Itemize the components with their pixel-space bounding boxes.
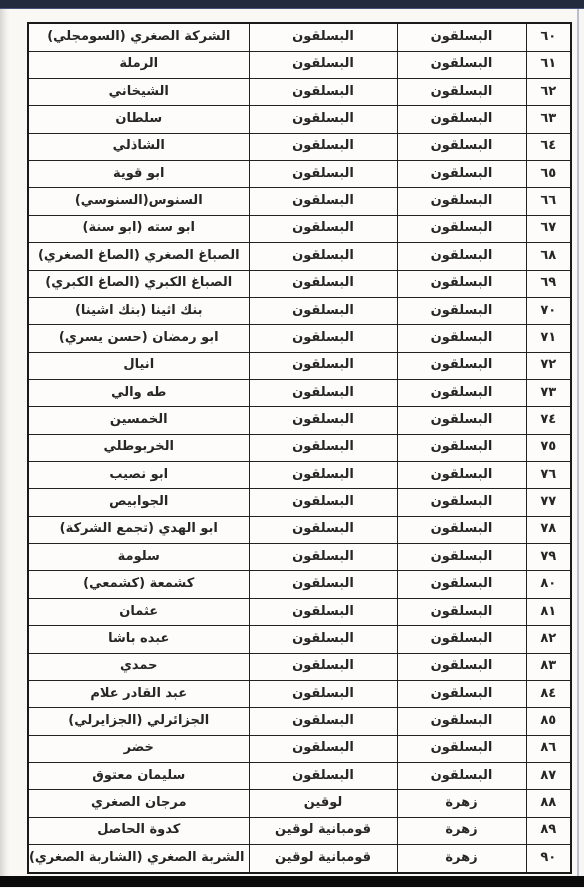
c2-district-cell: البسلقون	[397, 626, 526, 653]
table-row: ٦٨البسلقونالبسلقونالصباغ الصغري (الصاغ ا…	[28, 243, 571, 270]
name-cell: مرجان الصغري	[28, 790, 249, 817]
name-cell: بنك اثينا (بنك اشينا)	[28, 297, 249, 324]
table-row: ٦٣البسلقونالبسلقونسلطان	[28, 106, 571, 133]
c2-district-cell: البسلقون	[397, 762, 526, 789]
c3-district-cell: البسلقون	[249, 51, 397, 78]
c2-district-cell: البسلقون	[397, 489, 526, 516]
c3-district-cell: البسلقون	[249, 325, 397, 352]
c2-district-cell: البسلقون	[397, 653, 526, 680]
name-cell: طه والي	[28, 379, 249, 406]
row-number-cell: ٨٦	[526, 735, 571, 762]
name-cell: عبده باشا	[28, 626, 249, 653]
c2-district-cell: البسلقون	[397, 598, 526, 625]
name-cell: الرملة	[28, 51, 249, 78]
c2-district-cell: البسلقون	[397, 161, 526, 188]
page-edge-shadow-left	[0, 9, 9, 876]
c3-district-cell: البسلقون	[249, 106, 397, 133]
name-cell: كشمعة (كشمعي)	[28, 571, 249, 598]
name-cell: الصباغ الصغري (الصاغ الصغري)	[28, 243, 249, 270]
c3-district-cell: البسلقون	[249, 243, 397, 270]
table-row: ٧٣البسلقونالبسلقونطه والي	[28, 379, 571, 406]
scanned-document-page: ٦٠البسلقونالبسلقونالشركة الصغري (السومجل…	[0, 0, 584, 888]
name-cell: الجوابيص	[28, 489, 249, 516]
table-row: ٨٦البسلقونالبسلقونخضر	[28, 735, 571, 762]
table-row: ٧٢البسلقونالبسلقونانيال	[28, 352, 571, 379]
table-row: ٦٤البسلقونالبسلقونالشاذلي	[28, 133, 571, 160]
c3-district-cell: البسلقون	[249, 680, 397, 707]
table-row: ٧٥البسلقونالبسلقونالخربوطلي	[28, 434, 571, 461]
c2-district-cell: البسلقون	[397, 51, 526, 78]
c3-district-cell: البسلقون	[249, 215, 397, 242]
c3-district-cell: البسلقون	[249, 352, 397, 379]
c2-district-cell: البسلقون	[397, 434, 526, 461]
name-cell: الشركة الصغري (السومجلي)	[28, 23, 249, 51]
table-row: ٨٤البسلقونالبسلقونعبد القادر علام	[28, 680, 571, 707]
row-number-cell: ٨٩	[526, 817, 571, 844]
table-row: ٨٨زهرةلوقينمرجان الصغري	[28, 790, 571, 817]
c2-district-cell: البسلقون	[397, 270, 526, 297]
name-cell: الشيخاني	[28, 78, 249, 105]
c2-district-cell: البسلقون	[397, 243, 526, 270]
row-number-cell: ٨٠	[526, 571, 571, 598]
table-row: ٧٩البسلقونالبسلقونسلومة	[28, 544, 571, 571]
c3-district-cell: البسلقون	[249, 270, 397, 297]
bottom-window-bar	[0, 876, 584, 887]
c2-district-cell: البسلقون	[397, 133, 526, 160]
row-number-cell: ٦١	[526, 51, 571, 78]
name-cell: الصباغ الكبري (الصاغ الكبري)	[28, 270, 249, 297]
c2-district-cell: البسلقون	[397, 78, 526, 105]
c3-district-cell: البسلقون	[249, 598, 397, 625]
table-row: ٩٠زهرةقومبانية لوقينالشربة الصغري (الشار…	[28, 845, 571, 873]
row-number-cell: ٧٤	[526, 407, 571, 434]
row-number-cell: ٧٨	[526, 516, 571, 543]
name-cell: الشربة الصغري (الشاربة الصغري)	[28, 845, 249, 873]
table-body: ٦٠البسلقونالبسلقونالشركة الصغري (السومجل…	[28, 23, 571, 873]
name-cell: سلومة	[28, 544, 249, 571]
name-cell: الجزائرلي (الجزايرلي)	[28, 708, 249, 735]
table-row: ٦٠البسلقونالبسلقونالشركة الصغري (السومجل…	[28, 23, 571, 51]
c3-district-cell: البسلقون	[249, 379, 397, 406]
name-cell: عثمان	[28, 598, 249, 625]
name-cell: كدوة الحاصل	[28, 817, 249, 844]
table-row: ٦٦البسلقونالبسلقونالسنوس(السنوسي)	[28, 188, 571, 215]
row-number-cell: ٦٢	[526, 78, 571, 105]
row-number-cell: ٩٠	[526, 845, 571, 873]
c3-district-cell: البسلقون	[249, 133, 397, 160]
table-row: ٧٠البسلقونالبسلقونبنك اثينا (بنك اشينا)	[28, 297, 571, 324]
name-cell: الخربوطلي	[28, 434, 249, 461]
c3-district-cell: قومبانية لوقين	[249, 845, 397, 873]
c2-district-cell: البسلقون	[397, 708, 526, 735]
table-row: ٦١البسلقونالبسلقونالرملة	[28, 51, 571, 78]
c3-district-cell: البسلقون	[249, 708, 397, 735]
table-row: ٦٧البسلقونالبسلقونابو سته (ابو سنة)	[28, 215, 571, 242]
row-number-cell: ٦٠	[526, 23, 571, 51]
row-number-cell: ٦٤	[526, 133, 571, 160]
row-number-cell: ٧٠	[526, 297, 571, 324]
row-number-cell: ٧٩	[526, 544, 571, 571]
c3-district-cell: البسلقون	[249, 434, 397, 461]
row-number-cell: ٦٩	[526, 270, 571, 297]
c2-district-cell: البسلقون	[397, 106, 526, 133]
table-row: ٨٥البسلقونالبسلقونالجزائرلي (الجزايرلي)	[28, 708, 571, 735]
c3-district-cell: البسلقون	[249, 78, 397, 105]
c3-district-cell: البسلقون	[249, 489, 397, 516]
row-number-cell: ٦٥	[526, 161, 571, 188]
top-window-bar	[0, 0, 584, 9]
page-edge-line-right	[577, 9, 579, 876]
table-row: ٧٤البسلقونالبسلقونالخمسين	[28, 407, 571, 434]
c3-district-cell: البسلقون	[249, 462, 397, 489]
c3-district-cell: البسلقون	[249, 161, 397, 188]
name-cell: ابو سته (ابو سنة)	[28, 215, 249, 242]
c3-district-cell: البسلقون	[249, 297, 397, 324]
c2-district-cell: البسلقون	[397, 516, 526, 543]
row-number-cell: ٨٧	[526, 762, 571, 789]
name-cell: ابو الهدي (تجمع الشركة)	[28, 516, 249, 543]
name-cell: الشاذلي	[28, 133, 249, 160]
paper-sheet: ٦٠البسلقونالبسلقونالشركة الصغري (السومجل…	[9, 9, 577, 876]
c3-district-cell: البسلقون	[249, 544, 397, 571]
c3-district-cell: البسلقون	[249, 516, 397, 543]
c3-district-cell: البسلقون	[249, 762, 397, 789]
table-row: ٧٨البسلقونالبسلقونابو الهدي (تجمع الشركة…	[28, 516, 571, 543]
row-number-cell: ٨١	[526, 598, 571, 625]
row-number-cell: ٦٨	[526, 243, 571, 270]
c2-district-cell: البسلقون	[397, 297, 526, 324]
row-number-cell: ٧٦	[526, 462, 571, 489]
row-number-cell: ٨٨	[526, 790, 571, 817]
row-number-cell: ٧١	[526, 325, 571, 352]
c3-district-cell: البسلقون	[249, 23, 397, 51]
c3-district-cell: البسلقون	[249, 735, 397, 762]
table-row: ٧٦البسلقونالبسلقونابو نصيب	[28, 462, 571, 489]
table-row: ٧١البسلقونالبسلقونابو رمضان (حسن يسري)	[28, 325, 571, 352]
c2-district-cell: زهرة	[397, 817, 526, 844]
c2-district-cell: البسلقون	[397, 379, 526, 406]
c2-district-cell: البسلقون	[397, 680, 526, 707]
c2-district-cell: البسلقون	[397, 735, 526, 762]
c2-district-cell: البسلقون	[397, 571, 526, 598]
table-row: ٨٢البسلقونالبسلقونعبده باشا	[28, 626, 571, 653]
c2-district-cell: البسلقون	[397, 215, 526, 242]
row-number-cell: ٦٧	[526, 215, 571, 242]
name-cell: سليمان معتوق	[28, 762, 249, 789]
c3-district-cell: البسلقون	[249, 653, 397, 680]
c2-district-cell: البسلقون	[397, 544, 526, 571]
row-number-cell: ٨٥	[526, 708, 571, 735]
c3-district-cell: البسلقون	[249, 626, 397, 653]
row-number-cell: ٨٤	[526, 680, 571, 707]
c2-district-cell: البسلقون	[397, 188, 526, 215]
name-cell: سلطان	[28, 106, 249, 133]
row-number-cell: ٧٥	[526, 434, 571, 461]
table-row: ٨١البسلقونالبسلقونعثمان	[28, 598, 571, 625]
table-row: ٦٩البسلقونالبسلقونالصباغ الكبري (الصاغ ا…	[28, 270, 571, 297]
name-cell: السنوس(السنوسي)	[28, 188, 249, 215]
table-row: ٦٢البسلقونالبسلقونالشيخاني	[28, 78, 571, 105]
table-row: ٨٠البسلقونالبسلقونكشمعة (كشمعي)	[28, 571, 571, 598]
c3-district-cell: قومبانية لوقين	[249, 817, 397, 844]
c2-district-cell: البسلقون	[397, 325, 526, 352]
table-row: ٦٥البسلقونالبسلقونابو قوية	[28, 161, 571, 188]
name-cell: حمدي	[28, 653, 249, 680]
table-row: ٨٣البسلقونالبسلقونحمدي	[28, 653, 571, 680]
name-cell: عبد القادر علام	[28, 680, 249, 707]
row-number-cell: ٦٦	[526, 188, 571, 215]
name-cell: ابو رمضان (حسن يسري)	[28, 325, 249, 352]
row-number-cell: ٧٧	[526, 489, 571, 516]
name-cell: خضر	[28, 735, 249, 762]
c2-district-cell: زهرة	[397, 845, 526, 873]
c2-district-cell: البسلقون	[397, 23, 526, 51]
row-number-cell: ٨٢	[526, 626, 571, 653]
c3-district-cell: البسلقون	[249, 188, 397, 215]
c2-district-cell: البسلقون	[397, 352, 526, 379]
row-number-cell: ٨٣	[526, 653, 571, 680]
row-number-cell: ٧٢	[526, 352, 571, 379]
register-table: ٦٠البسلقونالبسلقونالشركة الصغري (السومجل…	[27, 22, 572, 874]
c2-district-cell: البسلقون	[397, 407, 526, 434]
table-row: ٧٧البسلقونالبسلقونالجوابيص	[28, 489, 571, 516]
name-cell: ابو قوية	[28, 161, 249, 188]
row-number-cell: ٧٣	[526, 379, 571, 406]
row-number-cell: ٦٣	[526, 106, 571, 133]
name-cell: ابو نصيب	[28, 462, 249, 489]
table-row: ٨٧البسلقونالبسلقونسليمان معتوق	[28, 762, 571, 789]
table-row: ٨٩زهرةقومبانية لوقينكدوة الحاصل	[28, 817, 571, 844]
name-cell: الخمسين	[28, 407, 249, 434]
c3-district-cell: البسلقون	[249, 571, 397, 598]
name-cell: انيال	[28, 352, 249, 379]
c2-district-cell: زهرة	[397, 790, 526, 817]
c3-district-cell: لوقين	[249, 790, 397, 817]
c3-district-cell: البسلقون	[249, 407, 397, 434]
c2-district-cell: البسلقون	[397, 462, 526, 489]
